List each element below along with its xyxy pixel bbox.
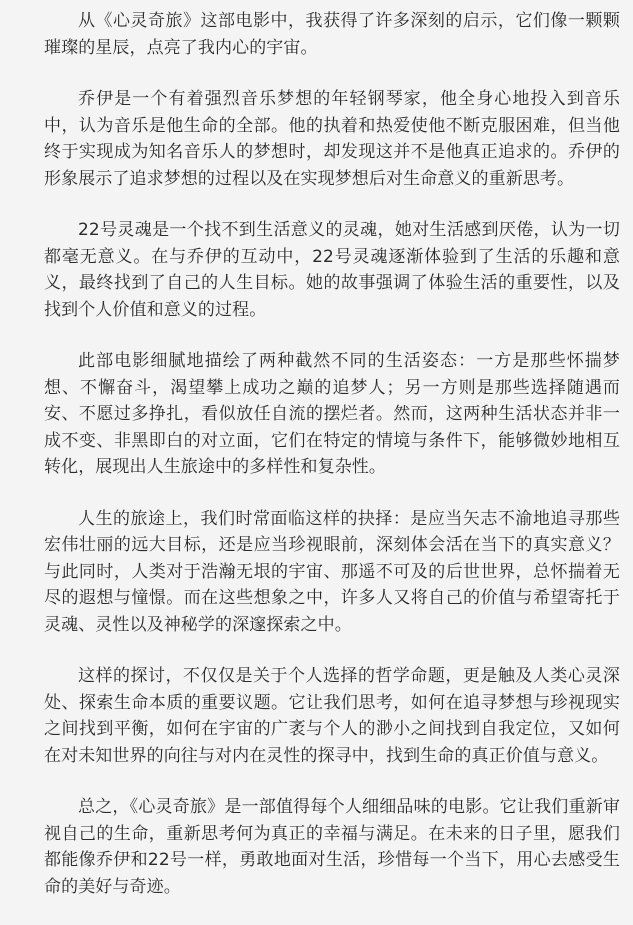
paragraph-life-choices: 人生的旅途上，我们时常面临这样的抉择：是应当矢志不渝地追寻那些宏伟壮丽的远大目标… bbox=[44, 506, 620, 639]
paragraph-soul-22: 22号灵魂是一个找不到生活意义的灵魂，她对生活感到厌倦，认为一切都毫无意义。在与… bbox=[44, 217, 620, 323]
paragraph-two-attitudes: 此部电影细腻地描绘了两种截然不同的生活姿态：一方是那些怀揣梦想、不懈奋斗，渴望攀… bbox=[44, 348, 620, 481]
paragraph-intro: 从《心灵奇旅》这部电影中，我获得了许多深刻的启示，它们像一颗颗璀璨的星辰，点亮了… bbox=[44, 8, 620, 61]
paragraph-joe: 乔伊是一个有着强烈音乐梦想的年轻钢琴家，他全身心地投入到音乐中，认为音乐是他生命… bbox=[44, 86, 620, 192]
paragraph-discussion: 这样的探讨，不仅仅是关于个人选择的哲学命题，更是触及人类心灵深处、探索生命本质的… bbox=[44, 663, 620, 667]
document-body: 从《心灵奇旅》这部电影中，我获得了许多深刻的启示，它们像一颗颗璀璨的星辰，点亮了… bbox=[44, 8, 620, 667]
